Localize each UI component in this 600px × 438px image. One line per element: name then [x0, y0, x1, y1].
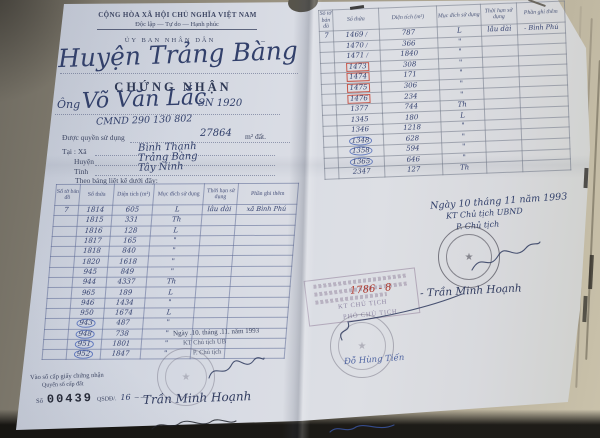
- purpose-cell: ": [165, 329, 169, 337]
- district-label: Huyện: [74, 157, 94, 166]
- col-parcel: Số thửa: [79, 184, 115, 205]
- purpose-cell: ": [173, 236, 177, 244]
- parcel-number-cell: 2347: [353, 167, 371, 176]
- serial-number-stamp: 00439: [47, 391, 93, 407]
- parcel-number-cell: 1476: [347, 94, 371, 104]
- col-area: Diện tích (m²): [113, 184, 155, 205]
- area-cell: 1674: [115, 309, 133, 317]
- serial-book-number: 16: [120, 393, 130, 402]
- area-cell: 744: [404, 102, 418, 111]
- purpose-cell: ": [164, 339, 168, 347]
- national-motto-line1: CỘNG HÒA XÃ HỘI CHỦ NGHĨA VIỆT NAM: [75, 11, 280, 19]
- col-parcel: Số thửa: [333, 8, 380, 31]
- purpose-cell: ": [462, 143, 466, 151]
- col-purpose: Mục đích sử dụng: [436, 4, 481, 27]
- purpose-cell: ": [172, 247, 176, 255]
- parcel-number-cell: 948: [75, 329, 95, 338]
- signature-stroke: [468, 232, 544, 276]
- purpose-cell: Th: [457, 100, 466, 108]
- parcel-number-cell: 946: [81, 299, 95, 307]
- purpose-cell: ": [461, 122, 465, 130]
- grant-label: Được quyền sử dụng: [62, 133, 125, 142]
- parcel-number-cell: 1377: [350, 104, 368, 113]
- area-cell: 646: [406, 155, 420, 164]
- parcel-number-cell: 1345: [351, 115, 369, 124]
- area-cell: 738: [115, 329, 129, 337]
- purpose-cell: ": [460, 79, 464, 87]
- notes-cell: - Bình Phú: [524, 23, 559, 32]
- underlying-page-writing-blue: [328, 422, 398, 436]
- area-cell: 189: [119, 288, 133, 296]
- long-signature-stroke: [332, 288, 468, 346]
- area-cell: 605: [125, 206, 139, 214]
- purpose-cell: ": [462, 153, 466, 161]
- national-motto-line2: Độc lập — Tự do — Hạnh phúc: [97, 21, 257, 30]
- parcel-number-cell: 1475: [346, 83, 370, 93]
- area-cell: 180: [405, 113, 419, 122]
- province-label: Tỉnh: [74, 167, 88, 176]
- serial-label: Số: [36, 398, 43, 405]
- col-area: Diện tích (m²): [378, 6, 437, 29]
- grantee-prefix: Ông: [57, 98, 80, 111]
- parcel-number-cell: 1814: [86, 206, 104, 214]
- purpose-cell: ": [168, 298, 172, 306]
- area-cell: 128: [124, 226, 138, 234]
- scanned-land-certificate-photo: CỘNG HÒA XÃ HỘI CHỦ NGHĨA VIỆT NAM Độc l…: [0, 0, 600, 438]
- parcel-number-cell: 1820: [82, 257, 100, 265]
- parcel-number-cell: 1815: [85, 216, 103, 224]
- area-cell: 787: [402, 29, 416, 38]
- purpose-cell: ": [170, 267, 174, 275]
- left-parcel-table: Số tờ bản đồ Số thửa Diện tích (m²) Mục …: [41, 183, 299, 361]
- purpose-cell: L: [166, 308, 171, 316]
- grant-area-unit: m² đất.: [245, 132, 266, 141]
- purpose-cell: ": [459, 58, 463, 66]
- duration-cell: lâu dài: [207, 205, 232, 213]
- purpose-cell: L: [168, 288, 173, 296]
- area-cell: 1840: [400, 50, 418, 59]
- parcel-number-cell: 1474: [346, 73, 370, 83]
- parcel-number-cell: 1816: [84, 226, 102, 234]
- serial-suffix: QSDĐ/.: [97, 396, 117, 403]
- purpose-cell: ": [171, 257, 175, 265]
- parcel-number-cell: 945: [83, 268, 97, 276]
- grantee-birth-year: SN 1920: [198, 98, 242, 109]
- purpose-cell: ": [166, 319, 170, 327]
- serial-dashes: – —: [134, 392, 148, 401]
- col-duration: Thời hạn sử dụng: [480, 3, 517, 25]
- parcel-number-cell: 1470: [346, 41, 368, 50]
- area-cell: 849: [120, 267, 134, 275]
- area-cell: 127: [407, 166, 421, 175]
- area-cell: 1218: [403, 123, 421, 132]
- area-cell: 1618: [119, 257, 137, 265]
- parcel-number-cell: 950: [80, 309, 94, 317]
- area-cell: 4337: [117, 278, 135, 286]
- parcel-number-cell: 965: [82, 288, 96, 296]
- area-cell: 234: [404, 92, 418, 101]
- area-cell: 171: [403, 71, 417, 80]
- notes-cell: xã Bình Phú: [246, 205, 286, 213]
- purpose-cell: ": [459, 69, 463, 77]
- map-sheet-cell: 7: [324, 32, 329, 40]
- parcel-number-cell: 1817: [84, 237, 102, 245]
- col-map-sheet: Số tờ bản đồ: [319, 10, 334, 32]
- parcel-number-cell: 951: [74, 340, 94, 349]
- area-cell: 308: [403, 60, 417, 69]
- parcel-number-cell: 952: [73, 350, 93, 359]
- purpose-cell: L: [173, 226, 178, 234]
- parcel-number-cell: 1471: [346, 51, 368, 60]
- parcel-number-cell: 1358: [349, 146, 373, 156]
- col-duration: Thời hạn sử dụng: [203, 184, 239, 205]
- province-value: Tây Ninh: [138, 161, 184, 174]
- area-cell: 594: [406, 144, 420, 153]
- purpose-cell: L: [457, 27, 462, 35]
- purpose-cell: Th: [172, 216, 182, 224]
- col-map-sheet: Số tờ bản đồ: [55, 184, 81, 205]
- area-cell: 628: [406, 134, 420, 143]
- parcel-number-cell: 1348: [348, 136, 372, 146]
- paper-edge-mark: [588, 255, 594, 289]
- duration-cell: lâu dài: [487, 25, 511, 34]
- purpose-cell: Th: [460, 164, 469, 172]
- signature-stroke: [206, 350, 268, 388]
- underlying-page-writing: [150, 415, 240, 435]
- parcel-number-cell: 944: [82, 278, 96, 286]
- purpose-cell: ": [460, 90, 464, 98]
- area-cell: 331: [125, 216, 139, 224]
- purpose-cell: ": [458, 48, 462, 56]
- parcel-number-cell: 1365: [349, 157, 373, 167]
- area-cell: 1434: [116, 298, 134, 306]
- purpose-cell: L: [175, 205, 180, 213]
- parcel-number-cell: 1469: [345, 30, 367, 39]
- parcel-number-cell: 1346: [351, 125, 369, 134]
- parcel-number-cell: 1473: [346, 62, 370, 72]
- grant-area-value: 27864: [200, 128, 232, 139]
- purpose-cell: Th: [167, 278, 177, 286]
- purpose-cell: ": [462, 132, 466, 140]
- table-header-row: Số tờ bản đồ Số thửa Diện tích (m²) Mục …: [55, 183, 299, 205]
- map-sheet-cell: 7: [64, 206, 69, 214]
- area-cell: 1801: [112, 340, 130, 348]
- col-notes: Phần ghi thêm: [237, 183, 299, 204]
- purpose-cell: L: [460, 111, 465, 119]
- area-cell: 840: [122, 247, 136, 255]
- grantee-name: Võ Văn Lắc: [82, 85, 207, 114]
- right-parcel-table: Số tờ bản đồ Số thửa Diện tích (m²) Mục …: [318, 1, 571, 180]
- area-cell: 487: [116, 319, 130, 327]
- area-cell: 1847: [111, 350, 129, 358]
- area-cell: 366: [402, 39, 416, 48]
- left-sign-title1: KT Chủ tịch UB: [183, 338, 226, 346]
- area-cell: 306: [404, 81, 418, 90]
- parcel-number-cell: 1818: [83, 247, 101, 255]
- area-cell: 165: [123, 237, 137, 245]
- purpose-cell: ": [458, 37, 462, 45]
- col-purpose: Mục đích sử dụng: [153, 184, 205, 205]
- commune-label: Tại : Xã: [62, 147, 87, 156]
- parcel-number-cell: 943: [76, 319, 96, 328]
